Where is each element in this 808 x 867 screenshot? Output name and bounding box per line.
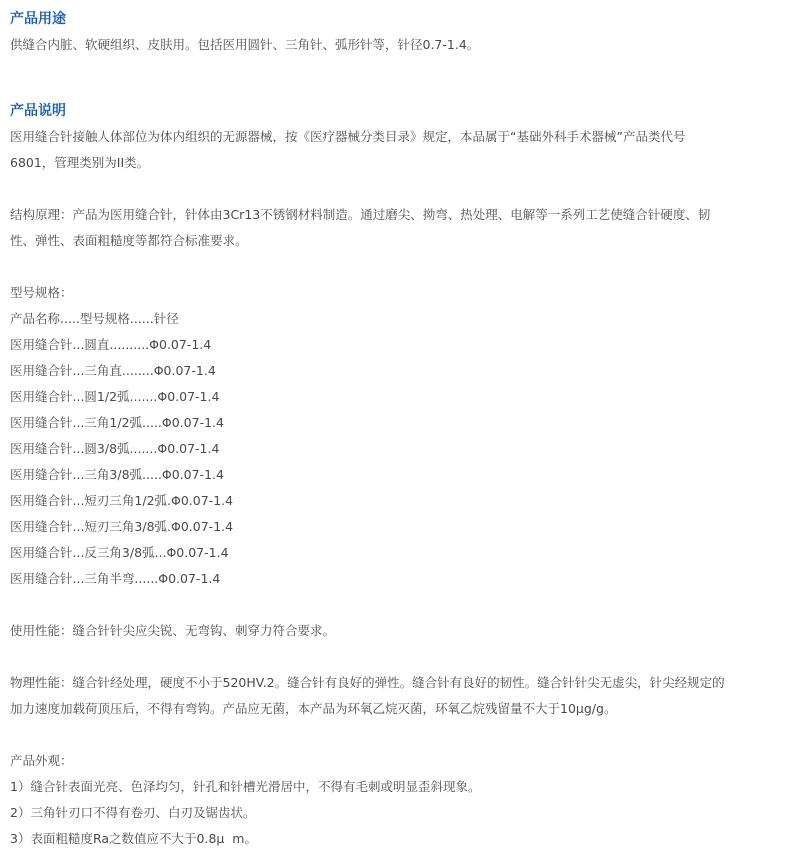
physical-line-2: 加力速度加载荷顶压后，不得有弯钩。产品应无菌，本产品为环氧乙烷灭菌，环氧乙烷残留… <box>10 696 808 722</box>
spec-row: 医用缝合针...短刃三角1/2弧.Φ0.07-1.4 <box>10 488 808 514</box>
spacer <box>10 176 808 202</box>
usage-heading: 产品用途 <box>10 6 808 32</box>
spec-row: 医用缝合针...圆1/2弧.......Φ0.07-1.4 <box>10 384 808 410</box>
appearance-item: 3）表面粗糙度Ra之数值应不大于0.8μ m。 <box>10 826 808 852</box>
spacer <box>10 722 808 748</box>
spacer <box>10 254 808 280</box>
spacer <box>10 592 808 618</box>
spec-row: 医用缝合针...反三角3/8弧...Φ0.07-1.4 <box>10 540 808 566</box>
spec-row: 医用缝合针...圆3/8弧.......Φ0.07-1.4 <box>10 436 808 462</box>
spacer <box>10 58 808 84</box>
spacer <box>10 644 808 670</box>
appearance-item: 1）缝合针表面光亮、色泽均匀，针孔和针槽光滑居中，不得有毛刺或明显歪斜现象。 <box>10 774 808 800</box>
intro-line-2: 6801，管理类别为II类。 <box>10 150 808 176</box>
intro-line-1: 医用缝合针接触人体部位为体内组织的无源器械，按《医疗器械分类目录》规定，本品属于… <box>10 124 808 150</box>
spec-row: 医用缝合针...圆直..........Φ0.07-1.4 <box>10 332 808 358</box>
appearance-item: 2）三角针刃口不得有卷刃、白刃及锯齿状。 <box>10 800 808 826</box>
spec-row: 医用缝合针...三角1/2弧.....Φ0.07-1.4 <box>10 410 808 436</box>
use-performance: 使用性能：缝合针针尖应尖锐、无弯钩、刺穿力符合要求。 <box>10 618 808 644</box>
spacer <box>10 84 808 98</box>
spec-row: 医用缝合针...短刃三角3/8弧.Φ0.07-1.4 <box>10 514 808 540</box>
description-heading: 产品说明 <box>10 98 808 124</box>
spec-row: 医用缝合针...三角半弯......Φ0.07-1.4 <box>10 566 808 592</box>
structure-line-2: 性、弹性、表面粗糙度等都符合标准要求。 <box>10 228 808 254</box>
product-document: 产品用途 供缝合内脏、软硬组织、皮肤用。包括医用圆针、三角针、弧形针等，针径0.… <box>0 0 808 852</box>
spec-row: 医用缝合针...三角3/8弧.....Φ0.07-1.4 <box>10 462 808 488</box>
spec-list: 医用缝合针...圆直..........Φ0.07-1.4 医用缝合针...三角… <box>10 332 808 592</box>
physical-line-1: 物理性能：缝合针经处理，硬度不小于520HV.2。缝合针有良好的弹性。缝合针有良… <box>10 670 808 696</box>
usage-text: 供缝合内脏、软硬组织、皮肤用。包括医用圆针、三角针、弧形针等，针径0.7-1.4… <box>10 32 808 58</box>
spec-row: 医用缝合针...三角直........Φ0.07-1.4 <box>10 358 808 384</box>
appearance-title: 产品外观： <box>10 748 808 774</box>
spec-header: 产品名称.....型号规格......针径 <box>10 306 808 332</box>
structure-line-1: 结构原理：产品为医用缝合针，针体由3Cr13不锈钢材料制造。通过磨尖、拗弯、热处… <box>10 202 808 228</box>
spec-title: 型号规格： <box>10 280 808 306</box>
